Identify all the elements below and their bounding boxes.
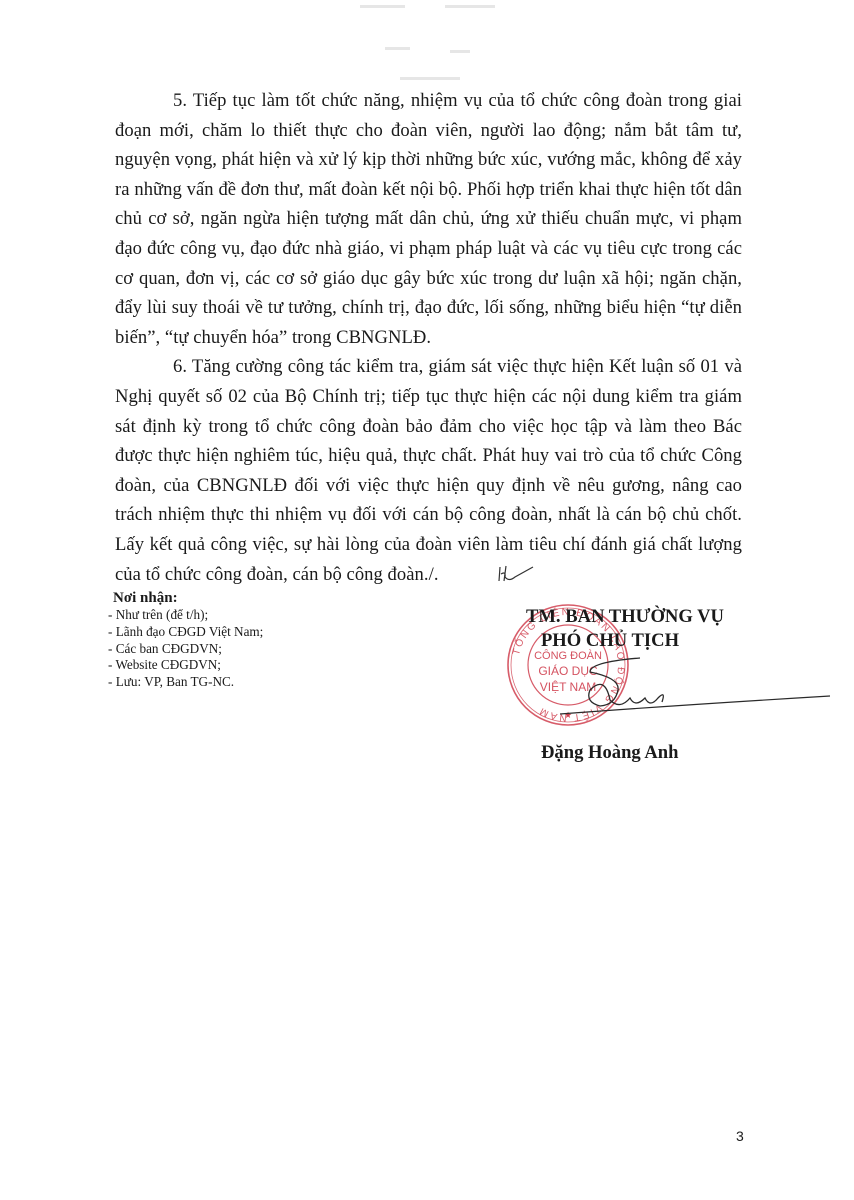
signature-block: TM. BAN THƯỜNG VỤ PHÓ CHỦ TỊCH <box>515 605 735 653</box>
recipient-item: - Lưu: VP, Ban TG-NC. <box>108 674 263 691</box>
recipient-item: - Như trên (để t/h); <box>108 607 263 624</box>
bleed-through-marks <box>355 2 515 82</box>
recipients-title: Nơi nhận: <box>108 589 263 607</box>
handwritten-signature <box>560 650 840 720</box>
recipient-item: - Lãnh đạo CĐGD Việt Nam; <box>108 624 263 641</box>
signer-name: Đặng Hoàng Anh <box>541 742 678 764</box>
signature-title: TM. BAN THƯỜNG VỤ PHÓ CHỦ TỊCH <box>515 605 735 653</box>
document-body: 5. Tiếp tục làm tốt chức năng, nhiệm vụ … <box>115 86 742 589</box>
initials-mark <box>439 563 477 581</box>
paragraph-5: 5. Tiếp tục làm tốt chức năng, nhiệm vụ … <box>115 86 742 352</box>
page-number: 3 <box>736 1128 744 1144</box>
recipient-item: - Các ban CĐGDVN; <box>108 641 263 658</box>
recipients-list: Nơi nhận: - Như trên (để t/h); - Lãnh đạ… <box>108 589 263 691</box>
recipient-item: - Website CĐGDVN; <box>108 657 263 674</box>
signature-title-line1: TM. BAN THƯỜNG VỤ <box>515 605 735 629</box>
paragraph-6: 6. Tăng cường công tác kiểm tra, giám sá… <box>115 352 742 589</box>
